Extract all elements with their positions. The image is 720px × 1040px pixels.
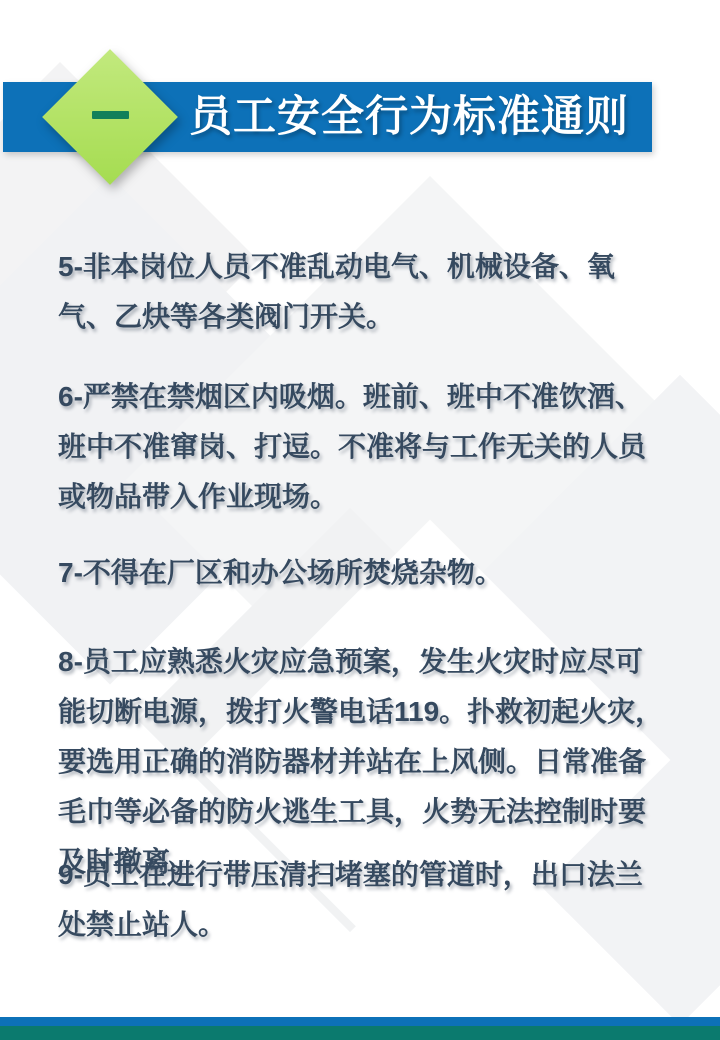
footer-accent-blue-bar	[0, 1017, 720, 1026]
page-title: 员工安全行为标准通则	[176, 82, 642, 152]
slide-background: 员工安全行为标准通则 5-非本岗位人员不准乱动电气、机械设备、氧气、乙炔等各类阀…	[0, 0, 720, 1040]
section-number-one-glyph	[92, 111, 129, 119]
footer-accent-teal-bar	[0, 1026, 720, 1040]
rule-paragraph-9: 9-员工在进行带压清扫堵塞的管道时，出口法兰处禁止站人。	[58, 850, 664, 950]
rule-paragraph-7: 7-不得在厂区和办公场所焚烧杂物。	[58, 548, 664, 598]
rule-paragraph-5: 5-非本岗位人员不准乱动电气、机械设备、氧气、乙炔等各类阀门开关。	[58, 242, 664, 342]
rule-paragraph-6: 6-严禁在禁烟区内吸烟。班前、班中不准饮酒、班中不准窜岗、打逗。不准将与工作无关…	[58, 372, 664, 522]
